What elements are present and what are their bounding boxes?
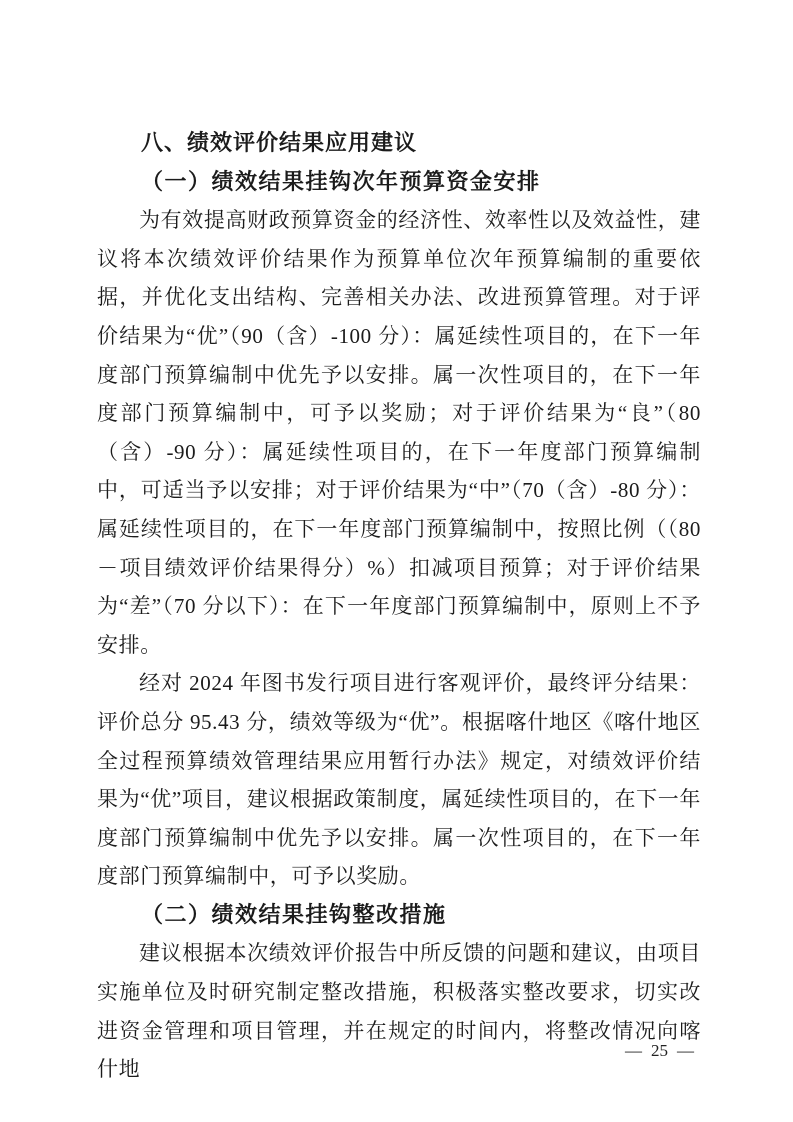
footer-left-dash: — [625, 1040, 642, 1062]
paragraph-rectification: 建议根据本次绩效评价报告中所反馈的问题和建议，由项目实施单位及时研究制定整改措施… [97, 934, 701, 1088]
paragraph-budget-linkage: 为有效提高财政预算资金的经济性、效率性以及效益性，建议将本次绩效评价结果作为预算… [97, 201, 701, 664]
subsection-heading-1: （一）绩效结果挂钩次年预算资金安排 [97, 163, 701, 202]
subsection-heading-2: （二）绩效结果挂钩整改措施 [97, 896, 701, 935]
document-page: 八、绩效评价结果应用建议 （一）绩效结果挂钩次年预算资金安排 为有效提高财政预算… [0, 0, 793, 1122]
page-footer: —25— [616, 1040, 703, 1062]
footer-right-dash: — [677, 1040, 694, 1062]
paragraph-evaluation-result: 经对 2024 年图书发行项目进行客观评价，最终评分结果：评价总分 95.43 … [97, 664, 701, 896]
page-content: 八、绩效评价结果应用建议 （一）绩效结果挂钩次年预算资金安排 为有效提高财政预算… [97, 124, 701, 1089]
section-heading: 八、绩效评价结果应用建议 [97, 124, 701, 163]
page-number: 25 [651, 1041, 668, 1060]
